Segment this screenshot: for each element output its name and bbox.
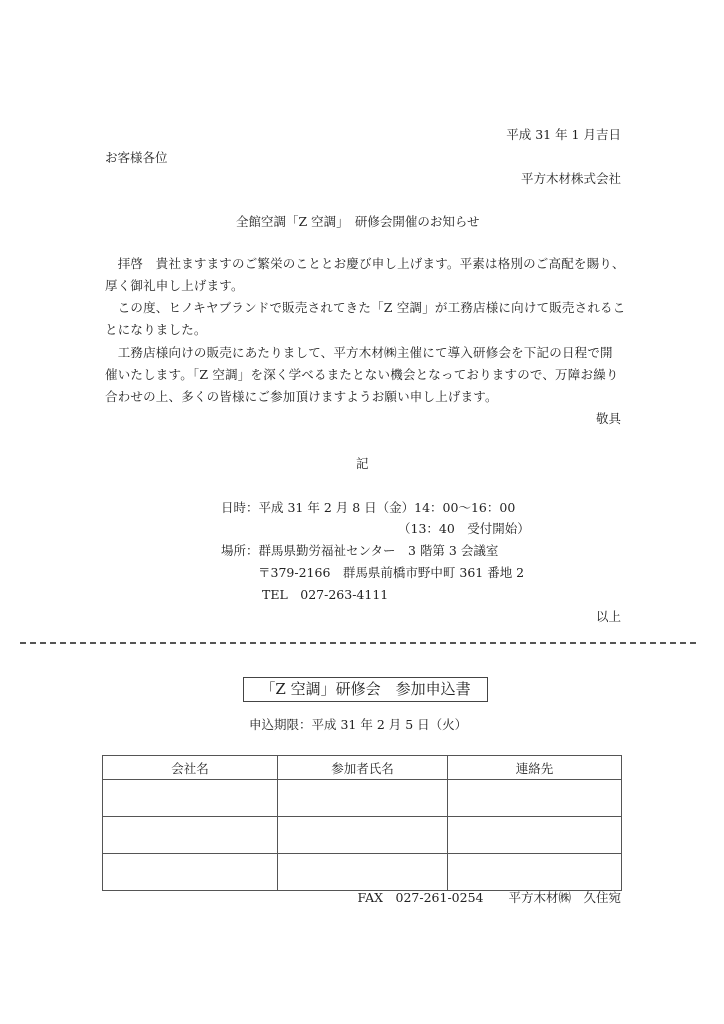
table-row <box>103 780 622 817</box>
body-line: 厚く御礼申し上げます。 <box>105 276 622 294</box>
column-header-contact: 連絡先 <box>448 756 622 780</box>
venue-address: 〒379-2166 群馬県前橋市野中町 361 番地 2 <box>258 563 524 581</box>
company-cell[interactable] <box>103 854 278 891</box>
event-venue: 場所：群馬県勤労福祉センター 3 階第 3 会議室 <box>221 541 498 559</box>
fax-destination: FAX 027-261-0254 平方木材㈱ 久住宛 <box>358 888 622 906</box>
body-line: 催いたします。「Z 空調」を深く学べるまたとない機会となっておりますので、万障お… <box>105 365 622 383</box>
venue-tel: TEL 027-263-4111 <box>262 585 388 603</box>
contact-cell[interactable] <box>448 854 622 891</box>
reception-time: （13：40 受付開始） <box>398 519 530 537</box>
participant-cell[interactable] <box>278 817 448 854</box>
table-header-row: 会社名 参加者氏名 連絡先 <box>103 756 622 780</box>
ki-heading: 記 <box>356 454 369 472</box>
column-header-company: 会社名 <box>103 756 278 780</box>
body-line: 合わせの上、多くの皆様にご参加頂けますようお願い申し上げます。 <box>105 387 622 405</box>
column-header-participant: 参加者氏名 <box>278 756 448 780</box>
event-datetime: 日時：平成 31 年 2 月 8 日（金）14：00〜16：00 <box>221 498 515 516</box>
cut-line-divider <box>20 642 696 644</box>
table-row <box>103 817 622 854</box>
participant-cell[interactable] <box>278 854 448 891</box>
body-line: 拝啓 貴社ますますのご繁栄のこととお慶び申し上げます。平素は格別のご高配を賜り、 <box>105 254 622 272</box>
form-deadline: 申込期限：平成 31 年 2 月 5 日（火） <box>249 715 467 733</box>
closing-ijou: 以上 <box>596 607 621 625</box>
company-cell[interactable] <box>103 780 278 817</box>
company-cell[interactable] <box>103 817 278 854</box>
form-title: 「Z 空調」研修会 参加申込書 <box>243 677 488 702</box>
registration-table: 会社名 参加者氏名 連絡先 <box>102 755 622 891</box>
contact-cell[interactable] <box>448 780 622 817</box>
issue-date: 平成 31 年 1 月吉日 <box>506 125 621 143</box>
table-row <box>103 854 622 891</box>
body-line: 工務店様向けの販売にあたりまして、平方木材㈱主催にて導入研修会を下記の日程で開 <box>105 343 622 361</box>
document-title: 全館空調「Z 空調」 研修会開催のお知らせ <box>236 212 480 230</box>
closing-keigu: 敬具 <box>596 409 621 427</box>
participant-cell[interactable] <box>278 780 448 817</box>
sender: 平方木材株式会社 <box>521 169 621 187</box>
recipient: お客様各位 <box>105 148 168 166</box>
body-line: この度、ヒノキヤブランドで販売されてきた「Z 空調」が工務店様に向けて販売される… <box>105 298 622 316</box>
contact-cell[interactable] <box>448 817 622 854</box>
body-line: とになりました。 <box>105 320 622 338</box>
